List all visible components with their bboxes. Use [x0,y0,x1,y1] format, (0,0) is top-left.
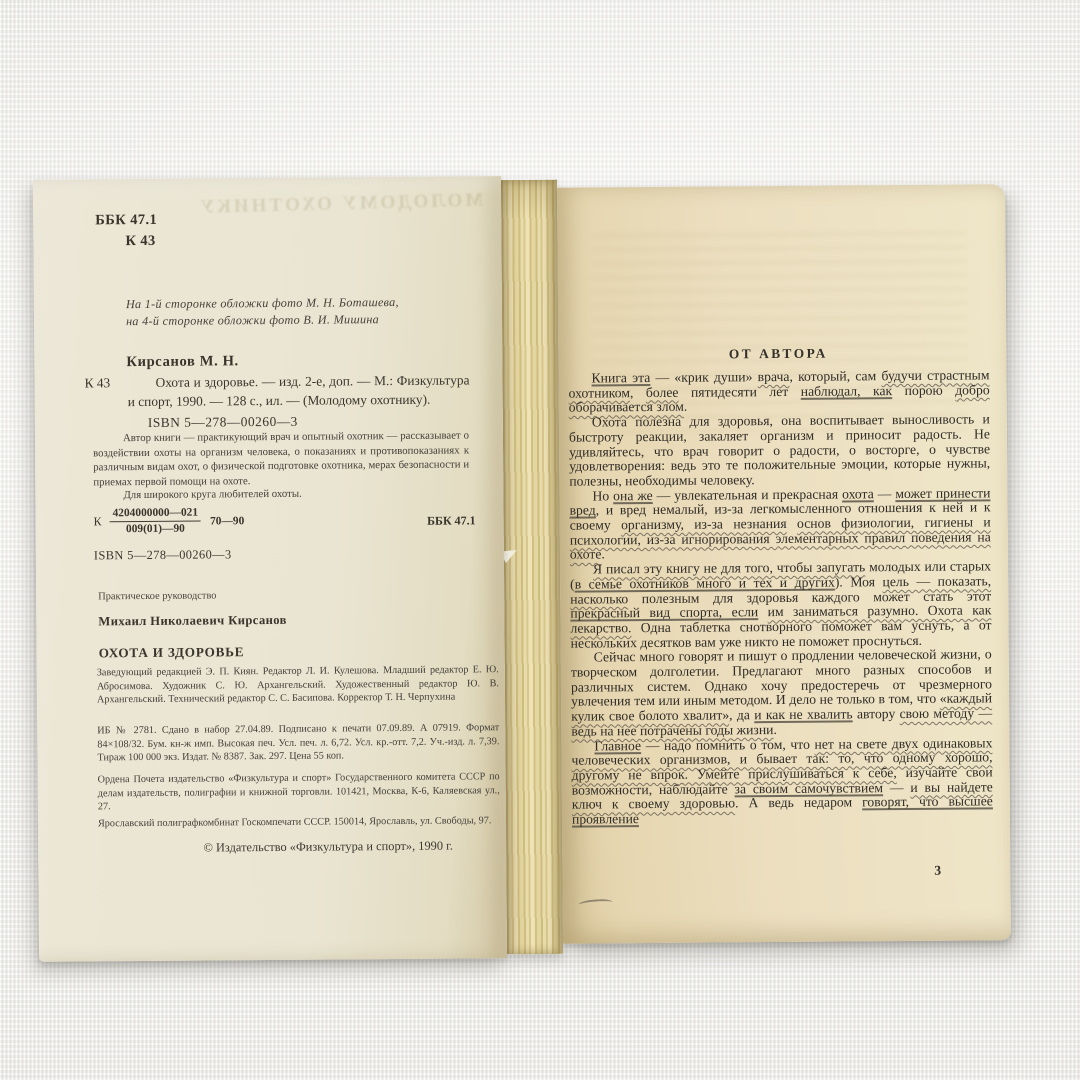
bibliographic-entry: Охота и здоровье. — изд. 2-е, доп. — М.:… [127,370,469,411]
body-text: Охота полезна для здоровья, она воспитыв… [569,411,990,488]
paragraph: Я писал эту книгу не для того, чтобы зап… [570,559,992,651]
editorial-credits: Заведующий редакцией Э. П. Киян. Редакто… [97,663,499,707]
bbk-author-code: К 43 [95,231,157,252]
pen-underlined-text: и как не хвалить [754,707,853,723]
author-full-name: Михаил Николаевич Кирсанов [98,613,287,629]
body-text: Одна таблетка снотворного поможет вам ус… [571,617,992,650]
catalog-formula: К 4204000000—021 009(01)—90 70—90 ББК 47… [94,504,494,536]
pen-underlined-text: врача [758,369,790,384]
body-text [758,604,768,619]
copyright-line: © Издательство «Физкультура и спорт», 19… [158,838,498,856]
pen-underlined-text: организму, из-за незнания [621,516,787,532]
right-page-from-author: ОТ АВТОРА Книга эта — «крик души» врача,… [557,184,1011,943]
paragraph: Книга эта — «крик души» врача, который, … [568,368,989,415]
formula-numerator: 4204000000—021 [110,507,202,523]
cover-photo-credit: На 1-й сторонке обложки фото М. Н. Боташ… [126,294,399,329]
from-author-body: Книга эта — «крик души» врача, который, … [568,368,993,827]
body-text: . [684,399,688,414]
formula-fraction: 4204000000—021 009(01)—90 [110,507,202,537]
body-text: Но [592,488,613,503]
body-text: — надо помнить о том, что [641,736,815,752]
pen-mark [578,898,613,909]
pen-underlined-text: Главное [594,738,641,753]
body-text: . [601,547,605,562]
isbn-bottom: ISBN 5—278—00260—3 [94,547,232,563]
paragraph: Главное — надо помнить о том, что нет на… [571,736,993,828]
formula-bbk-right: ББК 47.1 [427,513,476,528]
paragraph: Охота полезна для здоровья, она воспитыв… [569,412,991,489]
body-text: пятидесяти лет [678,384,800,400]
section-heading: ОТ АВТОРА [568,344,988,363]
printing-details: ИБ № 2781. Сдано в набор 27.04.89. Подпи… [97,721,499,765]
body-text: автору [853,706,900,721]
pen-underlined-text: Книга эта [591,370,650,385]
cover-photo-credit-line: на 4-й сторонке обложки фото В. И. Мишин… [126,310,399,329]
book-title: ОХОТА И ЗДОРОВЬЕ [99,644,245,661]
body-text: Сейчас много говорят и пишут о продлении… [571,647,992,709]
bbk-classification: ББК 47.1 К 43 [95,210,157,252]
formula-prefix: К [94,514,102,529]
pen-underlined-text: она же [613,488,653,503]
bbk-line: ББК 47.1 [95,210,157,231]
printer-info: Ярославский полиграфкомбинат Госкомпечат… [98,814,500,831]
open-book: МОЛОДОМУ ОХОТНИКУ ББК 47.1 К 43 На 1-й с… [27,164,1023,972]
body-text: . [773,722,777,737]
formula-denominator: 009(01)—90 [110,522,202,537]
page-number: 3 [934,863,941,879]
pen-underlined-text: наблюдал, как [801,383,893,399]
book-spine-page-edges [501,180,563,954]
publisher-info: Ордена Почета издательство «Физкультура … [98,770,500,814]
body-text: , который, сам [789,368,881,384]
catalog-author: Кирсанов М. Н. [126,353,239,371]
body-text: порою [892,382,955,397]
body-text: — [883,780,910,795]
audience-note: Для широкого круга любителей охоты. [93,486,469,501]
pen-underlined-text: охота [842,486,874,501]
left-page-imprint: МОЛОДОМУ ОХОТНИКУ ББК 47.1 К 43 На 1-й с… [33,176,507,962]
pen-underlined-text: за своим самочувствием [734,780,883,796]
catalog-code: К 43 [84,375,110,391]
cover-photo-credit-line: На 1-й сторонке обложки фото М. Н. Боташ… [126,294,399,313]
series-note: Практическое руководство [98,590,216,602]
body-text: — [874,486,896,501]
paragraph: Сейчас много говорят и пишут о продлении… [571,648,993,740]
paragraph: Но она же — увлекательная и прекрасная о… [569,486,991,563]
show-through-cover-text: МОЛОДОМУ ОХОТНИКУ [183,190,483,220]
body-text: , да [729,707,754,722]
formula-suffix: 70—90 [210,515,244,527]
body-text: — «крик души» [650,369,757,385]
book-photo: МОЛОДОМУ ОХОТНИКУ ББК 47.1 К 43 На 1-й с… [0,0,1080,1080]
pen-underlined-text: более [646,384,679,399]
body-text: ). Моя [835,574,883,589]
body-text [787,516,797,531]
body-text: , [630,385,646,400]
body-text: . А ведь недаром [735,795,862,811]
isbn-top: ISBN 5—278—00260—3 [148,414,298,431]
annotation-text: Автор книги — практикующий врач и опытны… [93,428,469,489]
